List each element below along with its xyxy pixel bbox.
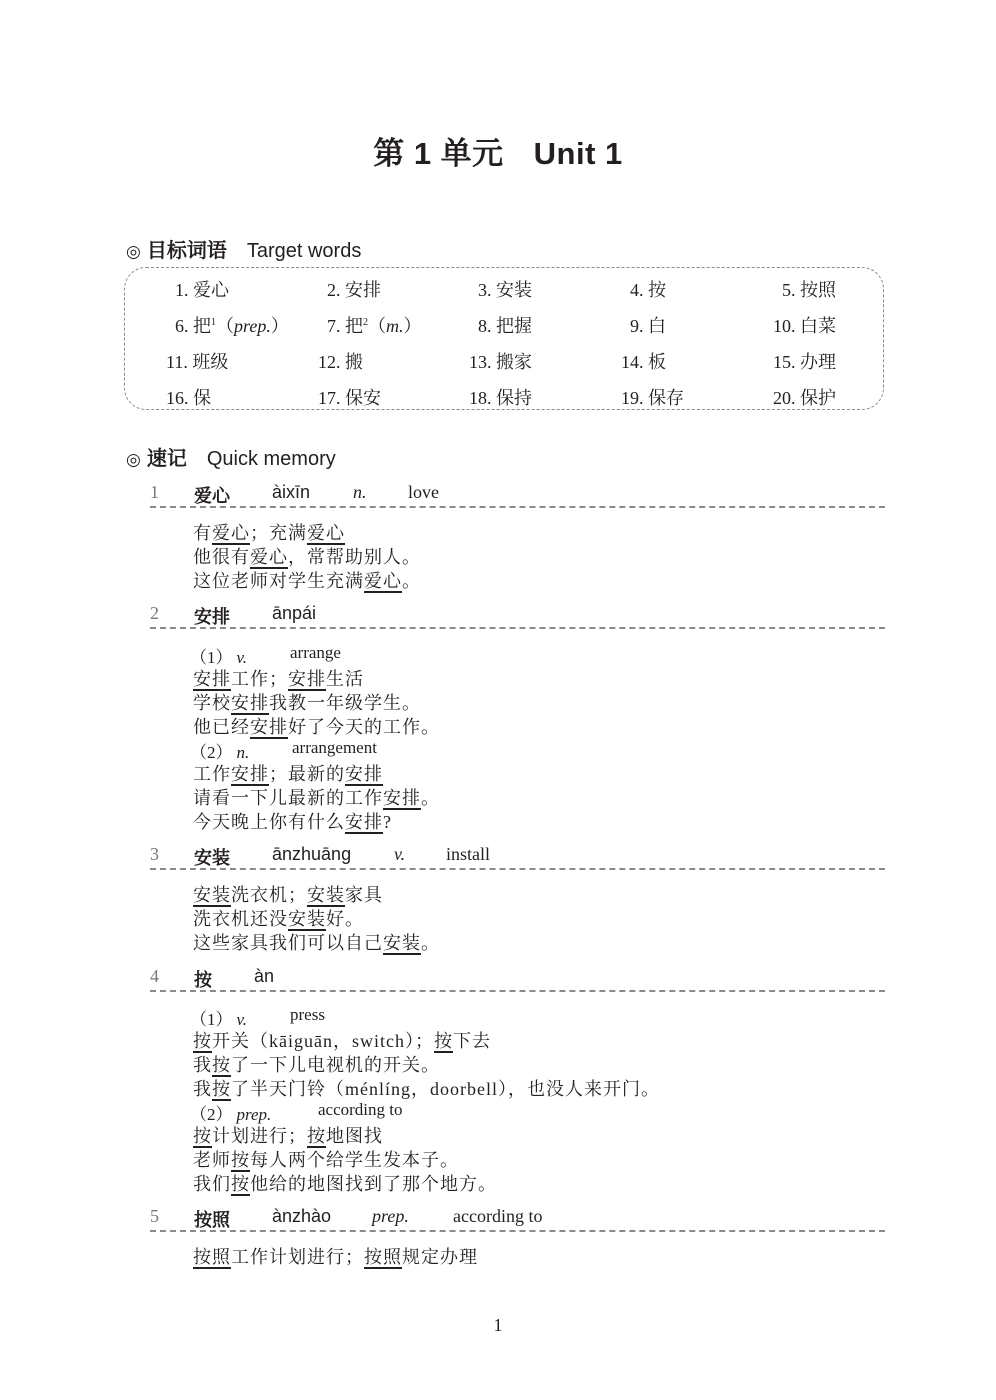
entry-header: 5 按照 ànzhào prep. according to <box>150 1206 885 1232</box>
target-word: 17. 保安 <box>318 384 381 410</box>
target-word: 7. 把2（m.） <box>327 312 422 338</box>
target-word: 8. 把握 <box>478 312 532 338</box>
target-word: 3. 安装 <box>478 276 532 302</box>
bullet-icon: ◎ <box>126 450 141 469</box>
target-word: 20. 保护 <box>773 384 836 410</box>
quick-memory-heading: ◎速记Quick memory <box>126 442 336 471</box>
example-sentence: 安装洗衣机；安装家具 <box>193 881 383 907</box>
example-sentence: 我们按他给的地图找到了那个地方。 <box>193 1170 497 1196</box>
target-word: 1. 爱心 <box>175 276 229 302</box>
target-word: 5. 按照 <box>782 276 836 302</box>
example-sentence: 有爱心；充满爱心 <box>193 519 345 545</box>
target-words-heading: ◎目标词语Target words <box>126 234 361 263</box>
entry-header: 3 安装 ānzhuāng v. install <box>150 844 885 870</box>
example-sentence: 我按了半天门铃（ménlíng，doorbell），也没人来开门。 <box>193 1075 660 1101</box>
example-sentence: 老师按每人两个给学生发本子。 <box>193 1146 459 1172</box>
page-title: 第 1 单元Unit 1 <box>0 128 996 173</box>
example-sentence: 他很有爱心，常帮助别人。 <box>193 543 421 569</box>
example-sentence: 安排工作；安排生活 <box>193 665 364 691</box>
target-word: 6. 把1（prep.） <box>175 312 289 338</box>
target-word: 16. 保 <box>166 384 211 410</box>
page-number: 1 <box>0 1315 996 1336</box>
entry-header: 2 安排 ānpái <box>150 603 885 629</box>
example-sentence: 按开关（kāiguān，switch）；按下去 <box>193 1027 491 1053</box>
entry-header: 4 按 àn <box>150 966 885 992</box>
example-sentence: 洗衣机还没安装好。 <box>193 905 364 931</box>
target-word: 9. 白 <box>630 312 666 338</box>
target-word: 12. 搬 <box>318 348 363 374</box>
target-words-box: 1. 爱心2. 安排3. 安装4. 按5. 按照6. 把1（prep.）7. 把… <box>124 267 884 410</box>
target-word: 14. 板 <box>621 348 666 374</box>
example-sentence: 按照工作计划进行；按照规定办理 <box>193 1243 478 1269</box>
example-sentence: 学校安排我教一年级学生。 <box>193 689 421 715</box>
example-sentence: 请看一下儿最新的工作安排。 <box>193 784 440 810</box>
example-sentence: 今天晚上你有什么安排? <box>193 808 392 834</box>
target-word: 4. 按 <box>630 276 666 302</box>
target-word: 2. 安排 <box>327 276 381 302</box>
target-word: 13. 搬家 <box>469 348 532 374</box>
entry-header: 1 爱心 àixīn n. love <box>150 482 885 508</box>
target-word: 11. 班级 <box>166 348 228 374</box>
example-sentence: 这位老师对学生充满爱心。 <box>193 567 421 593</box>
example-sentence: 这些家具我们可以自己安装。 <box>193 929 440 955</box>
target-word: 18. 保持 <box>469 384 532 410</box>
target-word: 15. 办理 <box>773 348 836 374</box>
target-word: 10. 白菜 <box>773 312 836 338</box>
bullet-icon: ◎ <box>126 242 141 261</box>
target-word: 19. 保存 <box>621 384 684 410</box>
example-sentence: 我按了一下儿电视机的开关。 <box>193 1051 440 1077</box>
example-sentence: 工作安排；最新的安排 <box>193 760 383 786</box>
example-sentence: 他已经安排好了今天的工作。 <box>193 713 440 739</box>
example-sentence: 按计划进行；按地图找 <box>193 1122 383 1148</box>
